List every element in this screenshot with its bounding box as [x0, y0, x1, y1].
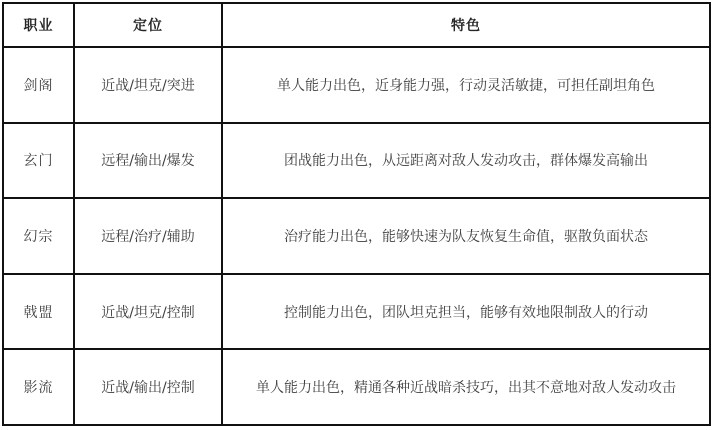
table-row: 剑阁 近战/坦克/突进 单人能力出色，近身能力强，行动灵活敏捷，可担任副坦角色 — [3, 47, 710, 123]
role-cell: 远程/治疗/辅助 — [74, 198, 222, 274]
profession-cell: 戟盟 — [3, 274, 74, 350]
role-cell: 近战/坦克/控制 — [74, 274, 222, 350]
table-row: 幻宗 远程/治疗/辅助 治疗能力出色，能够快速为队友恢复生命值，驱散负面状态 — [3, 198, 710, 274]
role-cell: 近战/坦克/突进 — [74, 47, 222, 123]
features-cell: 单人能力出色，精通各种近战暗杀技巧，出其不意地对敌人发动攻击 — [222, 349, 710, 425]
table-row: 影流 近战/输出/控制 单人能力出色，精通各种近战暗杀技巧，出其不意地对敌人发动… — [3, 349, 710, 425]
profession-cell: 幻宗 — [3, 198, 74, 274]
header-profession: 职业 — [3, 3, 74, 47]
profession-cell: 玄门 — [3, 123, 74, 199]
role-cell: 近战/输出/控制 — [74, 349, 222, 425]
header-role: 定位 — [74, 3, 222, 47]
role-cell: 远程/输出/爆发 — [74, 123, 222, 199]
table-row: 戟盟 近战/坦克/控制 控制能力出色，团队坦克担当，能够有效地限制敌人的行动 — [3, 274, 710, 350]
table-row: 玄门 远程/输出/爆发 团战能力出色，从远距离对敌人发动攻击，群体爆发高输出 — [3, 123, 710, 199]
profession-cell: 影流 — [3, 349, 74, 425]
header-features: 特色 — [222, 3, 710, 47]
features-cell: 单人能力出色，近身能力强，行动灵活敏捷，可担任副坦角色 — [222, 47, 710, 123]
features-cell: 团战能力出色，从远距离对敌人发动攻击，群体爆发高输出 — [222, 123, 710, 199]
table-header-row: 职业 定位 特色 — [3, 3, 710, 47]
page: 职业 定位 特色 剑阁 近战/坦克/突进 单人能力出色，近身能力强，行动灵活敏捷… — [0, 0, 713, 430]
profession-cell: 剑阁 — [3, 47, 74, 123]
features-cell: 控制能力出色，团队坦克担当，能够有效地限制敌人的行动 — [222, 274, 710, 350]
features-cell: 治疗能力出色，能够快速为队友恢复生命值，驱散负面状态 — [222, 198, 710, 274]
class-table: 职业 定位 特色 剑阁 近战/坦克/突进 单人能力出色，近身能力强，行动灵活敏捷… — [2, 2, 711, 426]
